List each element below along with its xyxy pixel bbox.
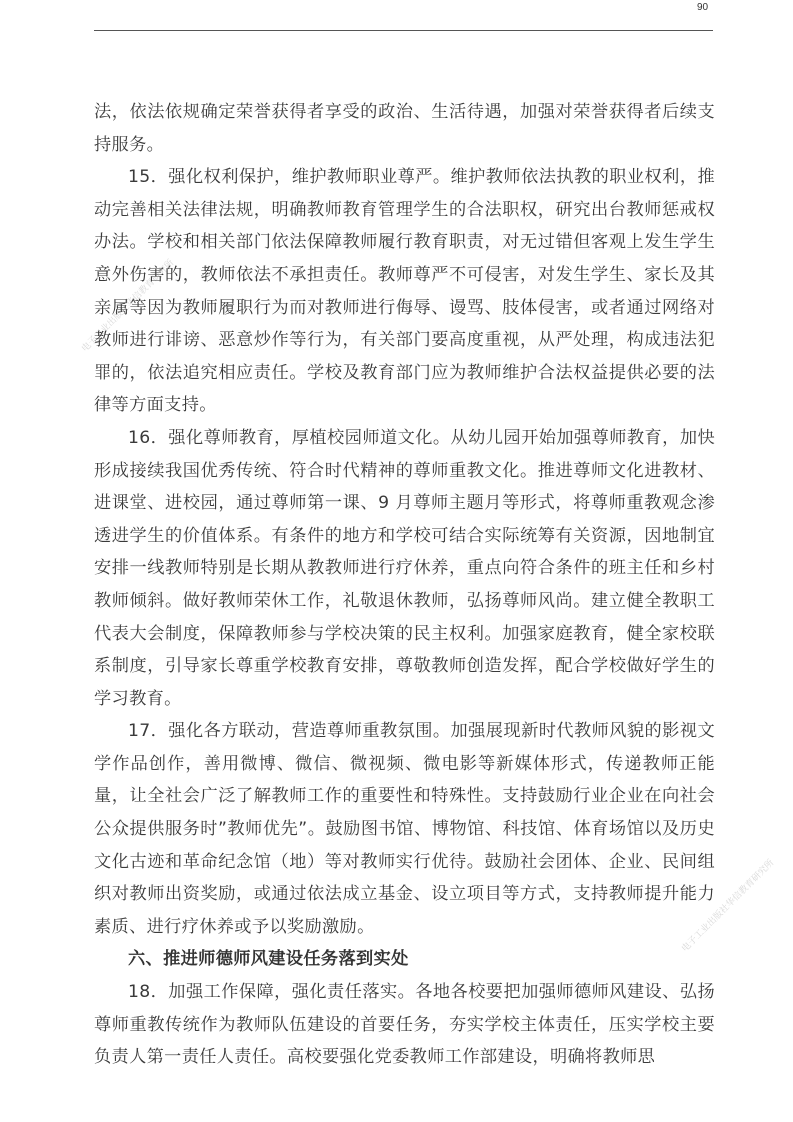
paragraph-item-16: 16．强化尊师教育，厚植校园师道文化。从幼儿园开始加强尊师教育，加快形成接续我国… bbox=[94, 422, 715, 715]
paragraph-item-17: 17．强化各方联动，营造尊师重教氛围。加强展现新时代教师风貌的影视文学作品创作，… bbox=[94, 715, 715, 943]
section-heading: 六、推进师德师风建设任务落到实处 bbox=[94, 943, 715, 976]
paragraph-item-18: 18．加强工作保障，强化责任落实。各地各校要把加强师德师风建设、弘扬尊师重教传统… bbox=[94, 976, 715, 1074]
page-number: 90 bbox=[697, 2, 717, 13]
header-divider bbox=[94, 30, 713, 31]
paragraph-continued: 法，依法依规确定荣誉获得者享受的政治、生活待遇，加强对荣誉获得者后续支持服务。 bbox=[94, 96, 715, 161]
paragraph-item-15: 15．强化权利保护，维护教师职业尊严。维护教师依法执教的职业权利，推动完善相关法… bbox=[94, 161, 715, 422]
document-body: 法，依法依规确定荣誉获得者享受的政治、生活待遇，加强对荣誉获得者后续支持服务。 … bbox=[94, 96, 715, 1074]
